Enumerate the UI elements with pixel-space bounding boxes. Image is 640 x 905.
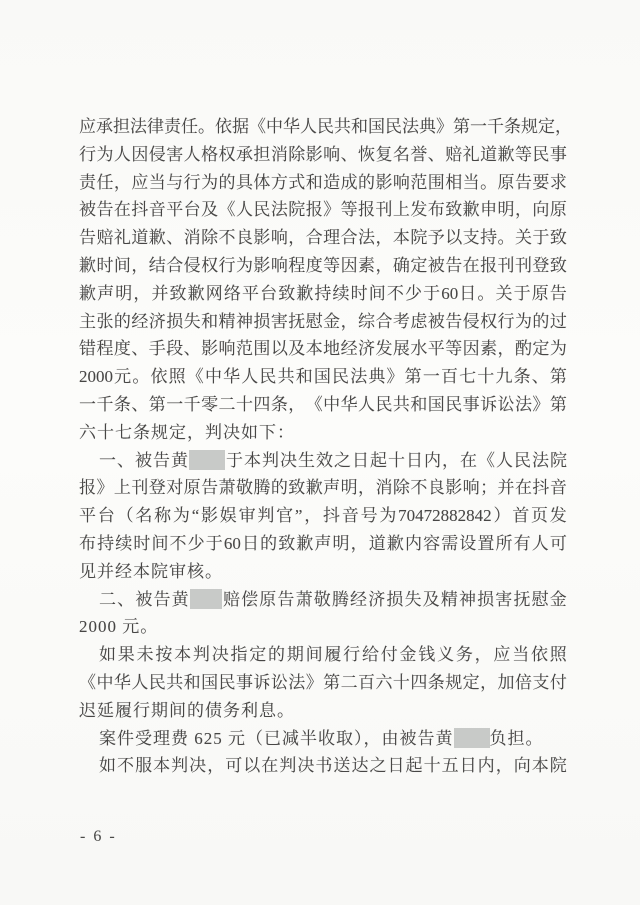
document-text: 持 — [97, 530, 114, 558]
document-text: 原 — [532, 280, 549, 308]
document-line: 歉声明，并致歉网络平台致歉持续时间不少于60日。关于原告 — [79, 280, 567, 308]
document-text: 十 — [236, 391, 253, 419]
document-text: 平 — [428, 335, 445, 363]
document-text: 国 — [428, 391, 445, 419]
document-text: 诉 — [253, 669, 270, 697]
document-text: 被 — [428, 308, 445, 336]
document-text: ， — [555, 113, 572, 141]
document-text: 》 — [387, 363, 404, 391]
document-text: 条 — [271, 391, 288, 419]
document-text: 被 — [135, 586, 152, 614]
document-text: 理 — [323, 224, 340, 252]
document-text: 手 — [149, 335, 166, 363]
document-text: 本 — [532, 752, 549, 780]
document-text: 声 — [323, 474, 340, 502]
document-text: 影 — [201, 502, 218, 530]
document-text: 可 — [550, 530, 567, 558]
document-text: ， — [375, 252, 392, 280]
document-text: 申 — [480, 196, 497, 224]
document-text: 需 — [441, 530, 458, 558]
document-text: 程 — [288, 252, 305, 280]
document-text: 日 — [460, 752, 477, 780]
document-line: 2000元。依照《中华人民共和国民法典》第一百七十九条、第 — [79, 363, 567, 391]
document-text: 求 — [550, 169, 567, 197]
document-text: 第 — [550, 391, 567, 419]
document-text: 少 — [188, 530, 205, 558]
document-text: 民 — [259, 363, 276, 391]
document-text: 见并经本院审核。 — [79, 558, 223, 586]
document-text: 人 — [131, 669, 148, 697]
document-text: 名 — [393, 141, 410, 169]
document-text: 主 — [79, 308, 96, 336]
document-text: 人 — [241, 363, 258, 391]
document-text: 平 — [166, 196, 183, 224]
document-text: 2000 — [79, 363, 113, 391]
document-text: 台 — [98, 502, 115, 530]
document-text: 平 — [79, 502, 96, 530]
document-text: 损 — [253, 308, 270, 336]
document-text: 明 — [341, 474, 358, 502]
document-text: 果 — [118, 641, 135, 669]
document-text: 日 — [242, 530, 259, 558]
document-line: 被告在抖音平台及《人民法院报》等报刊上发布致歉申明，向原 — [79, 196, 567, 224]
document-text: 民 — [514, 447, 531, 475]
document-text: 人 — [496, 447, 513, 475]
document-text: 范 — [236, 335, 253, 363]
document-text: 于 — [423, 280, 440, 308]
document-text: 致 — [170, 280, 187, 308]
document-text: 经 — [341, 335, 358, 363]
document-text: 侵 — [184, 252, 201, 280]
document-text: 之 — [334, 447, 351, 475]
document-text: 娱 — [220, 502, 237, 530]
document-text: 诉 — [480, 391, 497, 419]
document-text: 体 — [253, 169, 270, 197]
document-text: 十 — [393, 669, 410, 697]
document-text: 法 — [515, 391, 532, 419]
document-text: 《 — [306, 391, 323, 419]
document-text: ， — [475, 641, 492, 669]
document-text: 造 — [323, 169, 340, 197]
document-text: 共 — [278, 363, 295, 391]
document-text: 民 — [532, 141, 549, 169]
document-text: 人 — [300, 113, 317, 141]
document-text: 歉 — [296, 280, 313, 308]
document-text: 人 — [358, 391, 375, 419]
document-text: 法 — [350, 363, 367, 391]
document-text: 为 — [173, 502, 190, 530]
document-text: 礼 — [463, 141, 480, 169]
document-text: 报 — [79, 474, 96, 502]
document-text: 歉 — [149, 224, 166, 252]
document-text: 》 — [323, 196, 340, 224]
document-text: 在 — [463, 252, 480, 280]
document-text: 方 — [271, 169, 288, 197]
document-text: 《 — [249, 113, 266, 141]
document-text: 审 — [239, 502, 256, 530]
document-text: 中 — [205, 363, 222, 391]
document-text: 民 — [445, 391, 462, 419]
document-text: 不 — [117, 752, 134, 780]
document-text: 一 — [79, 391, 96, 419]
document-text: 案件受理费 625 元（已减半收取），由被告黄 — [99, 725, 454, 753]
document-text: 响 — [323, 141, 340, 169]
document-text: 黄 — [171, 447, 188, 475]
document-text: 歉 — [387, 530, 404, 558]
document-text: 承 — [96, 113, 113, 141]
document-text: 《 — [187, 363, 204, 391]
document-text: ， — [480, 669, 497, 697]
document-text: 关 — [496, 280, 513, 308]
document-line: 六十七条规定，判决如下： — [79, 419, 567, 447]
document-text: 支 — [532, 669, 549, 697]
document-line: 一、被告黄于本判决生效之日起十日内，在《人民法院 — [79, 447, 567, 475]
document-text: 一 — [166, 391, 183, 419]
document-text: 之 — [369, 752, 386, 780]
document-text: 告 — [445, 252, 462, 280]
document-text: 歉 — [306, 474, 323, 502]
document-text: 黄 — [172, 586, 189, 614]
document-text: 》 — [532, 391, 549, 419]
document-text: 于 — [226, 447, 243, 475]
document-text: 济 — [149, 308, 166, 336]
document-text: 》 — [306, 669, 323, 697]
document-text: 名 — [135, 502, 152, 530]
document-text: 第 — [550, 363, 567, 391]
document-text: 刊 — [515, 252, 532, 280]
document-text: 判 — [262, 447, 279, 475]
document-text: 法 — [402, 113, 419, 141]
document-text: 共 — [166, 669, 183, 697]
document-text: 典 — [368, 363, 385, 391]
document-text: ； — [480, 474, 497, 502]
document-text: 如 — [99, 641, 116, 669]
document-text: 被 — [79, 196, 96, 224]
document-text: ， — [442, 447, 459, 475]
document-text: 影 — [445, 474, 462, 502]
document-text: 告 — [550, 280, 567, 308]
document-text: 腾 — [332, 586, 349, 614]
document-text: 在 — [261, 752, 278, 780]
document-text: 的 — [114, 308, 131, 336]
document-text: 段 — [166, 335, 183, 363]
document-line: 歉时间，结合侵权行为影响程度等因素，确定被告在报刊刊登致 — [79, 252, 567, 280]
document-text: 、 — [166, 224, 183, 252]
document-text: 抚 — [513, 586, 530, 614]
document-text: 复 — [375, 141, 392, 169]
document-line: 《中华人民共和国民事诉讼法》第二百六十四条规定，加倍支付 — [79, 669, 567, 697]
document-text: 经 — [350, 586, 367, 614]
document-text: 付 — [381, 641, 398, 669]
document-text: 、 — [117, 447, 134, 475]
document-text: 少 — [405, 280, 422, 308]
document-text: 十 — [388, 447, 405, 475]
document-text: 第 — [149, 391, 166, 419]
document-text: 恢 — [358, 141, 375, 169]
document-text: 不 — [410, 474, 427, 502]
document-text: 人 — [532, 530, 549, 558]
document-text: 于 — [532, 224, 549, 252]
document-text: 华 — [283, 113, 300, 141]
document-text: 不 — [170, 530, 187, 558]
document-text: 抖 — [323, 502, 340, 530]
document-text: 负担。 — [490, 725, 544, 753]
document-text: 良 — [428, 474, 445, 502]
document-text: 等 — [341, 196, 358, 224]
document-text: 、 — [532, 363, 549, 391]
document-text: 慰 — [532, 586, 549, 614]
document-text: 害 — [166, 141, 183, 169]
document-text: 千 — [184, 391, 201, 419]
document-text: 敬 — [236, 474, 253, 502]
document-text: 布 — [79, 530, 96, 558]
document-text: 责 — [79, 169, 96, 197]
document-text: 事 — [550, 141, 567, 169]
document-text: 依 — [531, 641, 548, 669]
document-text: 。 — [498, 224, 515, 252]
document-text: 济 — [368, 586, 385, 614]
document-text: 失 — [405, 586, 422, 614]
redaction-box — [190, 589, 222, 609]
document-text: 权 — [219, 141, 236, 169]
document-text: 精 — [441, 586, 458, 614]
document-text: 决 — [212, 641, 229, 669]
document-text: 声 — [314, 530, 331, 558]
document-text: 民 — [149, 669, 166, 697]
document-text: 本 — [244, 447, 261, 475]
document-line: 一千条、第一千零二十四条，《中华人民共和国民事诉讼法》第 — [79, 391, 567, 419]
document-text: 等 — [323, 252, 340, 280]
document-text: 期 — [287, 641, 304, 669]
document-text: 续 — [115, 530, 132, 558]
document-text: 侵 — [149, 141, 166, 169]
document-text: 对 — [166, 474, 183, 502]
document-text: 范 — [410, 169, 427, 197]
document-text: 报 — [480, 252, 497, 280]
document-text: 院 — [550, 752, 567, 780]
document-text: 致 — [288, 474, 305, 502]
document-line: 责任，应当与行为的具体方式和造成的影响范围相当。原告要求 — [79, 169, 567, 197]
document-text: 生 — [298, 447, 315, 475]
document-text: 原 — [259, 586, 276, 614]
document-text: ， — [375, 224, 392, 252]
document-text: 当 — [149, 169, 166, 197]
document-text: 60 — [224, 530, 241, 558]
document-text: 的 — [260, 530, 277, 558]
document-text: 和 — [306, 169, 323, 197]
document-text: 二 — [99, 586, 116, 614]
document-text: 依 — [215, 113, 232, 141]
document-text: 格 — [201, 141, 218, 169]
document-text: 迟延履行期间的债务利息。 — [79, 697, 295, 725]
document-text: 道 — [369, 530, 386, 558]
document-text: 义 — [437, 641, 454, 669]
document-line: 如果未按本判决指定的期间履行给付金钱义务，应当依照 — [79, 641, 567, 669]
document-text: 定 — [463, 669, 480, 697]
document-text: 围 — [253, 335, 270, 363]
document-text: 判 — [279, 752, 296, 780]
document-text: ， — [288, 224, 305, 252]
document-text: 人 — [114, 141, 131, 169]
document-text: 合 — [166, 252, 183, 280]
document-text: 持 — [314, 280, 331, 308]
document-text: 付 — [550, 669, 567, 697]
document-text: 日 — [388, 752, 405, 780]
document-text: 六 — [375, 669, 392, 697]
document-text: 法 — [532, 447, 549, 475]
document-text: 定 — [538, 113, 555, 141]
document-text: 应 — [79, 113, 96, 141]
document-text: 赔 — [445, 141, 462, 169]
document-text: 。 — [198, 113, 215, 141]
document-text: 影 — [306, 141, 323, 169]
document-text: 称 — [154, 502, 171, 530]
document-text: 依 — [150, 363, 167, 391]
document-text: 70472882842 — [398, 502, 492, 530]
document-text: ， — [207, 752, 224, 780]
document-text: 本 — [393, 224, 410, 252]
document-text: 等 — [445, 335, 462, 363]
document-text: 赔 — [96, 224, 113, 252]
document-text: 2000 元。 — [79, 613, 158, 641]
document-text: 平 — [242, 280, 259, 308]
document-text: 如 — [99, 752, 116, 780]
document-line: 主张的经济损失和精神损害抚慰金，综合考虑被告侵权行为的过 — [79, 308, 567, 336]
document-text: 和 — [184, 669, 201, 697]
document-text: 、 — [117, 586, 134, 614]
document-text: 敬 — [314, 586, 331, 614]
document-text: 服 — [135, 752, 152, 780]
document-text: 式 — [288, 169, 305, 197]
document-text: 与 — [166, 169, 183, 197]
document-text: 围 — [428, 169, 445, 197]
document-text: 及 — [288, 335, 305, 363]
document-text: 响 — [463, 474, 480, 502]
document-line: 应承担法律责任。依据《中华人民共和国民法典》第一千条规定， — [79, 113, 567, 141]
document-text: 金 — [400, 641, 417, 669]
document-text: 华 — [341, 391, 358, 419]
document-line: 告赔礼道歉、消除不良影响，合理合法，本院予以支持。关于致 — [79, 224, 567, 252]
document-text: 送 — [333, 752, 350, 780]
document-text: 担 — [113, 113, 130, 141]
document-text: 素 — [358, 252, 375, 280]
document-text: 消 — [375, 474, 392, 502]
document-text: 报 — [306, 196, 323, 224]
document-text: 时 — [133, 530, 150, 558]
document-line: 平台（名称为“影娱审判官”，抖音号为70472882842）首页发 — [79, 502, 567, 530]
document-text: 十 — [477, 363, 494, 391]
document-text: 地 — [323, 335, 340, 363]
document-text: 音 — [342, 502, 359, 530]
document-text: 条 — [514, 363, 531, 391]
document-text: 一 — [470, 113, 487, 141]
document-text: 行 — [343, 641, 360, 669]
document-text: 六十七条规定，判决如下： — [79, 419, 295, 447]
document-text: 法 — [130, 113, 147, 141]
document-text: 程 — [96, 335, 113, 363]
document-text: 合 — [375, 308, 392, 336]
document-text: 事 — [463, 391, 480, 419]
document-text: 歉 — [498, 141, 515, 169]
document-text: 萧 — [296, 586, 313, 614]
document-text: 本 — [306, 335, 323, 363]
document-text: 为 — [379, 502, 396, 530]
document-text: 判 — [193, 641, 210, 669]
document-text: 道 — [480, 141, 497, 169]
document-text: 告 — [277, 586, 294, 614]
document-text: 定 — [410, 252, 427, 280]
document-text: 礼 — [114, 224, 131, 252]
document-text: 规 — [445, 669, 462, 697]
document-text: 酌 — [515, 335, 532, 363]
document-text: 影 — [253, 252, 270, 280]
document-text: 告 — [201, 474, 218, 502]
document-text: 第 — [405, 363, 422, 391]
document-text: 被 — [135, 447, 152, 475]
document-text: 及 — [423, 586, 440, 614]
document-text: 国 — [314, 363, 331, 391]
document-text: 歉 — [188, 280, 205, 308]
document-text: 任 — [96, 169, 113, 197]
document-text: 内 — [424, 447, 441, 475]
document-text: 时 — [96, 252, 113, 280]
document-text: 《 — [219, 196, 236, 224]
document-text: 予 — [428, 224, 445, 252]
document-text: 法 — [271, 196, 288, 224]
document-text: 的 — [268, 641, 285, 669]
document-text: 首 — [512, 502, 529, 530]
document-text: 官 — [276, 502, 293, 530]
document-text: ， — [114, 169, 131, 197]
document-text: 容 — [423, 530, 440, 558]
document-text: 网 — [206, 280, 223, 308]
document-text: 决 — [280, 447, 297, 475]
document-text: 害 — [271, 308, 288, 336]
document-text: 合 — [306, 224, 323, 252]
document-text: 度 — [306, 252, 323, 280]
document-text: 抖 — [532, 474, 549, 502]
document-text: 判 — [257, 502, 274, 530]
document-text: 神 — [459, 586, 476, 614]
document-text: ， — [304, 502, 321, 530]
document-text: 定 — [249, 641, 266, 669]
document-text: 、 — [428, 141, 445, 169]
document-text: 在 — [460, 447, 477, 475]
document-text: 错 — [79, 335, 96, 363]
document-text: 承 — [236, 141, 253, 169]
document-text: 五 — [442, 752, 459, 780]
document-text: 国 — [201, 669, 218, 697]
document-text: 华 — [114, 669, 131, 697]
document-text: 、 — [184, 335, 201, 363]
document-text: 在 — [515, 474, 532, 502]
document-text: 告 — [515, 169, 532, 197]
document-text: 要 — [532, 169, 549, 197]
document-text: 水 — [410, 335, 427, 363]
document-text: 事 — [236, 669, 253, 697]
document-text: 四 — [410, 669, 427, 697]
document-text: 、 — [341, 141, 358, 169]
document-text: 致 — [445, 196, 462, 224]
document-text: 起 — [370, 447, 387, 475]
document-text: 因 — [463, 335, 480, 363]
document-text: 支 — [463, 224, 480, 252]
document-text: 道 — [131, 224, 148, 252]
document-text: 和 — [351, 113, 368, 141]
document-text: 除 — [393, 474, 410, 502]
document-text: 侵 — [463, 308, 480, 336]
document-text: 典 — [419, 113, 436, 141]
